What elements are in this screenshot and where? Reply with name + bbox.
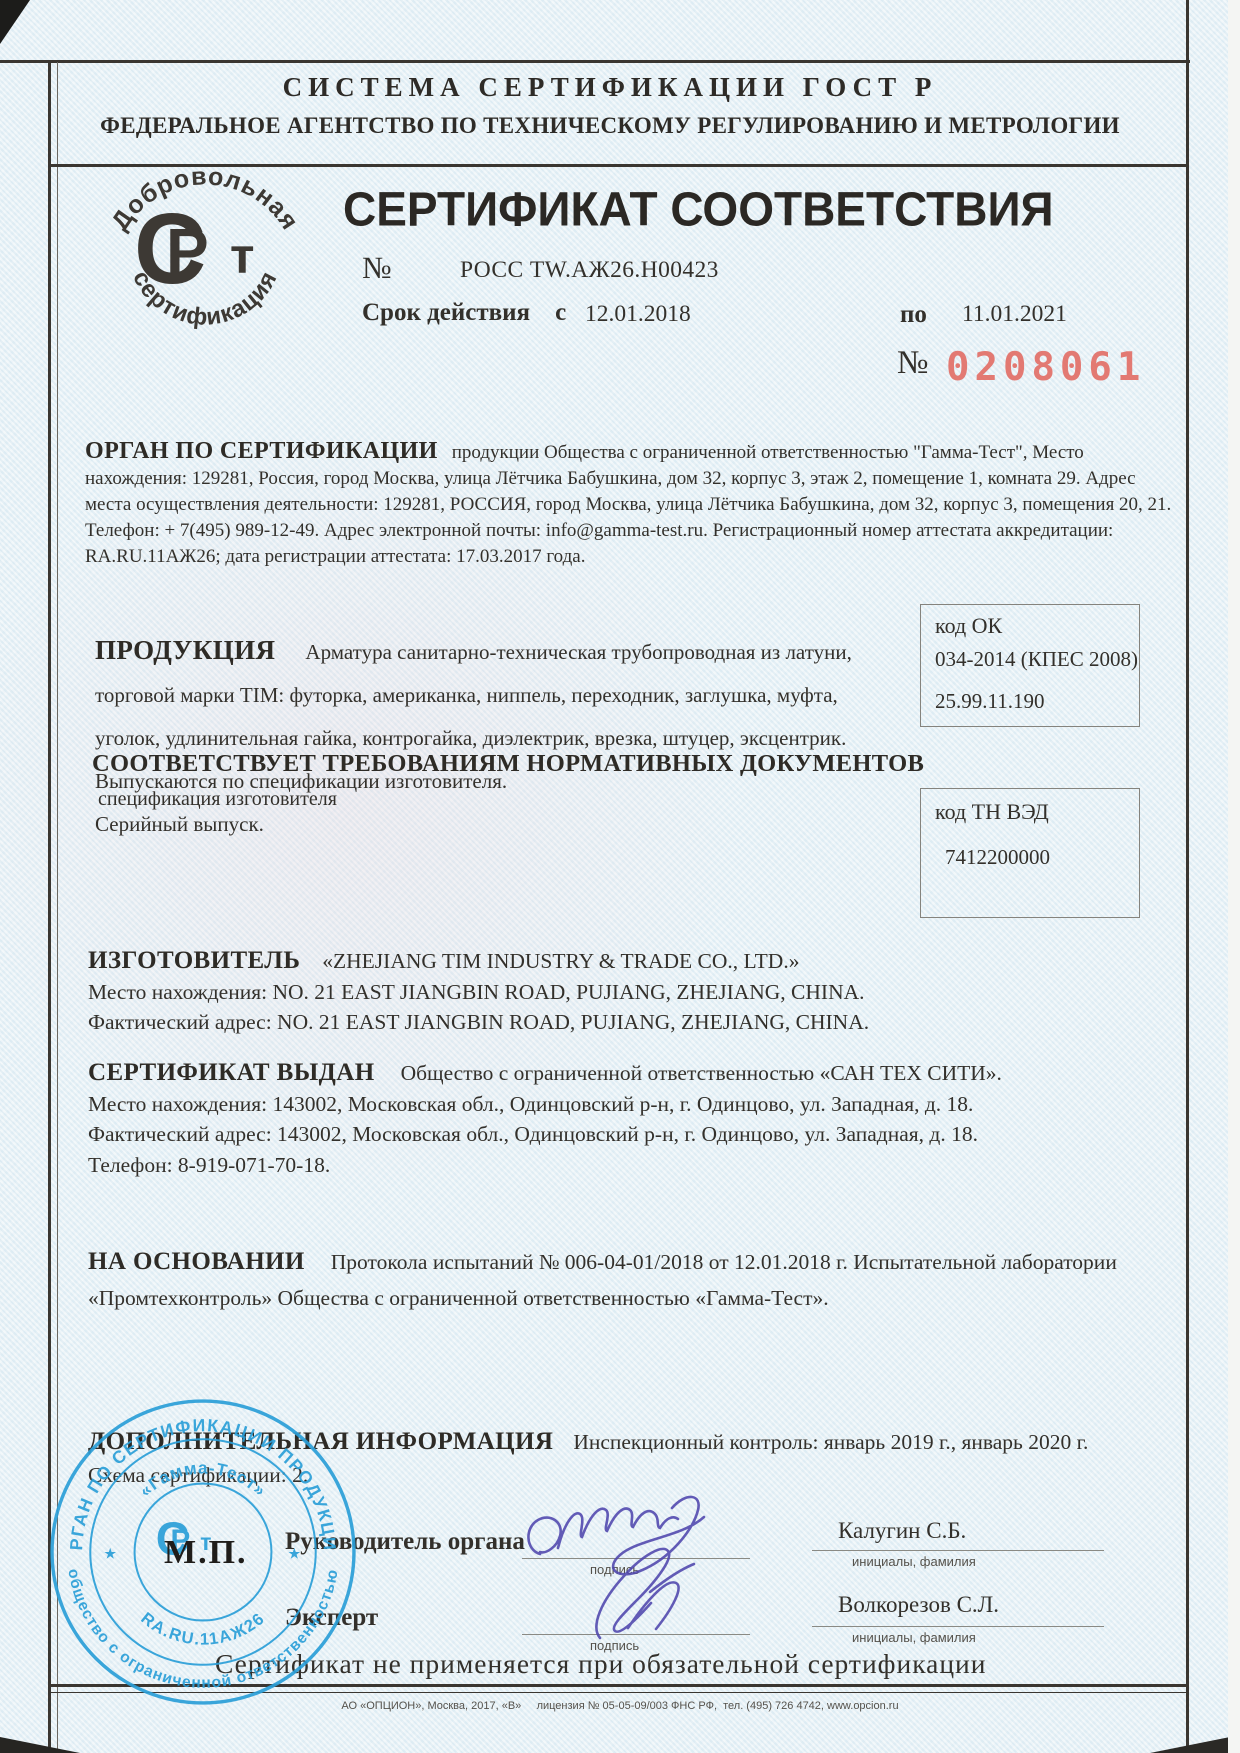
certification-body-label: ОРГАН ПО СЕРТИФИКАЦИИ xyxy=(85,438,438,464)
head-name-line xyxy=(812,1550,1104,1551)
certification-system-title: СИСТЕМА СЕРТИФИКАЦИИ ГОСТ Р xyxy=(40,72,1180,103)
issued-to-row: СЕРТИФИКАТ ВЫДАНОбщество с ограниченной … xyxy=(88,1058,1148,1089)
issued-to-address: Фактический адрес: 143002, Московская об… xyxy=(88,1119,1148,1150)
manufacturer-name: «ZHEJIANG TIM INDUSTRY & TRADE CO., LTD.… xyxy=(322,949,799,973)
code-ok-label: код ОК xyxy=(935,613,1002,639)
head-name-caption: инициалы, фамилия xyxy=(852,1554,976,1569)
code-ok-value-1: 034-2014 (КПЕС 2008) xyxy=(935,647,1138,672)
expert-name-caption: инициалы, фамилия xyxy=(852,1630,976,1645)
issued-to-name: Общество с ограниченной ответственностью… xyxy=(401,1061,1002,1085)
basis-label: НА ОСНОВАНИИ xyxy=(88,1248,305,1275)
validity-label: Срок действия с xyxy=(362,299,566,327)
conforms-requirements-label: СООТВЕТСТВУЕТ ТРЕБОВАНИЯМ НОРМАТИВНЫХ ДО… xyxy=(92,750,924,778)
code-tnved-box: код ТН ВЭД 7412200000 xyxy=(920,788,1140,918)
code-tnved-label: код ТН ВЭД xyxy=(935,799,1049,825)
scan-corner-artifact xyxy=(1150,1735,1240,1753)
valid-from-date: 12.01.2018 xyxy=(585,301,691,328)
svg-text:RA.RU.11АЖ26: RA.RU.11АЖ26 xyxy=(137,1608,268,1648)
handwritten-signatures xyxy=(500,1442,790,1657)
head-of-body-name: Калугин С.Б. xyxy=(838,1518,966,1544)
rst-mark-letter-r: Р xyxy=(166,215,209,287)
code-ok-value-2: 25.99.11.190 xyxy=(935,689,1044,714)
certification-body-section: ОРГАН ПО СЕРТИФИКАЦИИпродукции Общества … xyxy=(85,412,1195,570)
valid-to-label: по xyxy=(900,301,927,329)
expert-name-line xyxy=(812,1626,1104,1627)
issued-to-location: Место нахождения: 143002, Московская обл… xyxy=(88,1089,1148,1120)
rst-mark-letter-t: т xyxy=(230,228,255,284)
form-serial-number: 0208061 xyxy=(946,345,1145,390)
certificate-no-sign: № xyxy=(362,250,392,286)
head-signature-scribble xyxy=(528,1497,704,1574)
code-tnved-value: 7412200000 xyxy=(945,845,1050,870)
expert-name: Волкорезов С.Л. xyxy=(838,1592,999,1618)
form-no-sign: № xyxy=(897,345,929,382)
manufacturer-label: ИЗГОТОВИТЕЛЬ xyxy=(88,947,300,974)
certificate-title: СЕРТИФИКАТ СООТВЕТСТВИЯ xyxy=(343,181,1054,237)
scan-corner-artifact xyxy=(0,1737,80,1753)
code-ok-box: код ОК 034-2014 (КПЕС 2008) 25.99.11.190 xyxy=(920,604,1140,727)
stamp-inner-bottom-text: RA.RU.11АЖ26 xyxy=(137,1608,268,1648)
stamp-place-mark: М.П. xyxy=(164,1534,248,1572)
issued-to-label: СЕРТИФИКАТ ВЫДАН xyxy=(88,1059,375,1086)
stamp-inner-top-text: «Гамма-Тест» xyxy=(136,1458,270,1500)
scan-edge-artifact xyxy=(1228,0,1240,1753)
certificate-number: РОСС TW.АЖ26.Н00423 xyxy=(460,257,719,284)
rst-mark: С Р т xyxy=(134,193,255,305)
manufacturer-location: Место нахождения: NO. 21 EAST JIANGBIN R… xyxy=(88,977,1148,1008)
expert-signature-scribble xyxy=(596,1549,694,1638)
production-label: ПРОДУКЦИЯ xyxy=(95,635,275,665)
frame-top-line xyxy=(0,60,1190,63)
scan-corner-artifact xyxy=(0,0,30,44)
issued-to-phone: Телефон: 8-919-071-70-18. xyxy=(88,1150,1148,1181)
manufacturer-address: Фактический адрес: NO. 21 EAST JIANGBIN … xyxy=(88,1007,1148,1038)
certificate-page: СИСТЕМА СЕРТИФИКАЦИИ ГОСТ Р ФЕДЕРАЛЬНОЕ … xyxy=(0,0,1240,1753)
svg-text:«Гамма-Тест»: «Гамма-Тест» xyxy=(136,1458,270,1500)
federal-agency-title: ФЕДЕРАЛЬНОЕ АГЕНТСТВО ПО ТЕХНИЧЕСКОМУ РЕ… xyxy=(40,113,1180,139)
basis-section: НА ОСНОВАНИИПротокола испытаний № 006-04… xyxy=(88,1208,1188,1316)
valid-to-date: 11.01.2021 xyxy=(962,301,1067,328)
stamp-star-left: ★ xyxy=(104,1546,116,1561)
rst-voluntary-certification-logo-icon: Добровольная сертификация С Р т xyxy=(100,167,310,343)
issued-to-section: СЕРТИФИКАТ ВЫДАНОбщество с ограниченной … xyxy=(88,1058,1148,1180)
conforms-requirements-text: спецификация изготовителя xyxy=(98,788,337,811)
manufacturer-row: ИЗГОТОВИТЕЛЬ«ZHEJIANG TIM INDUSTRY & TRA… xyxy=(88,946,1148,977)
manufacturer-section: ИЗГОТОВИТЕЛЬ«ZHEJIANG TIM INDUSTRY & TRA… xyxy=(88,946,1148,1038)
stamp-star-right: ★ xyxy=(289,1546,301,1561)
